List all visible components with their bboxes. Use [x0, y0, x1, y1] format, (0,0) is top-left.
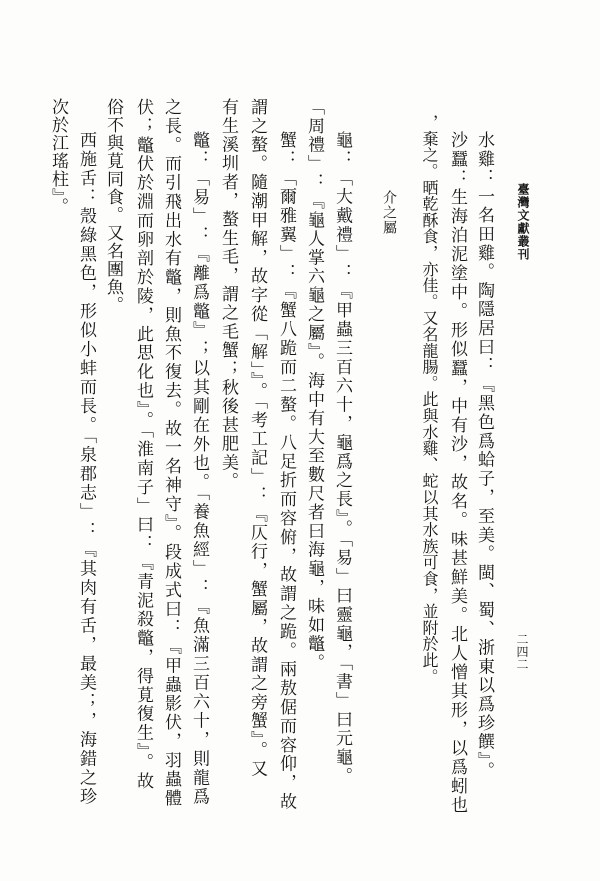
- text-column-bie-2: 之長。而引飛出水有鼈，則魚不復去。故一名神守』。段成式曰：『甲蟲影伏，羽蟲體: [162, 98, 179, 808]
- text-column-bie-4: 俗不與莧同食。又名團魚。: [104, 98, 121, 314]
- page-number: 二四二: [516, 633, 528, 671]
- book-page: 臺灣文獻叢刊 二四二 水雞：一名田雞。陶隱居曰：『黑色爲蛤子，至美。閩、蜀、浙東…: [0, 0, 600, 881]
- text-column-xishishe-1: 西施舌：殼綠黑色，形似小蚌而長。「泉郡志」：『其肉有舌，最美；，海錯之珍: [77, 131, 94, 807]
- text-column-gui-2: 「周禮」：『龜人掌六龜之屬』。海中有大至數尺者曰海龜，味如鼈。: [305, 98, 322, 672]
- section-heading: 介之屬: [382, 190, 396, 235]
- text-column-bie-1: 鼈：「易」：『離爲鼈』；以其剛在外也。「養魚經」：『魚滿三百六十，則龍爲: [190, 131, 207, 807]
- text-column-xie-1: 蟹：「爾雅翼」：『蟹八跪而二螯。八足折而容俯，故謂之跪。兩敖倨而容仰，故: [277, 131, 294, 811]
- text-column-xie-3: 有生溪圳者，螯生毛，謂之毛蟹；秋後甚肥美。: [219, 98, 236, 491]
- text-column-xishishe-2: 次於江瑤柱』。: [49, 98, 66, 216]
- text-column-gui-1: 龜：「大戴禮」：『甲蟲三百六十，龜爲之長』。「易」曰靈龜，「書」曰元龜。: [333, 131, 350, 786]
- text-column-shuiji-1: 水雞：一名田雞。陶隱居曰：『黑色爲蛤子，至美。閩、蜀、浙東以爲珍饌』。: [475, 131, 492, 781]
- text-column-shacan-1: 沙蠶：生海泊泥塗中。形似蠶，中有沙，故名。味甚鮮美。北人憎其形，以爲蚓也: [448, 131, 465, 815]
- text-column-shacan-2: ，棄之。晒乾酥食，亦佳。又名龍腸。此與水雞、蛇以其水族可食，並附於此。: [421, 114, 437, 685]
- text-column-bie-3: 伏；鼈伏於淵而卵剖於陵，此思化也』。「淮南子」曰：『青泥殺鼈，得莧復生』。故: [134, 98, 151, 791]
- text-column-xie-2: 謂之螯。隨潮甲解，故字從「解」』。「考工記」：『仄行，蟹屬，故謂之旁蟹』。又: [248, 98, 265, 778]
- running-header: 臺灣文獻叢刊: [517, 183, 529, 261]
